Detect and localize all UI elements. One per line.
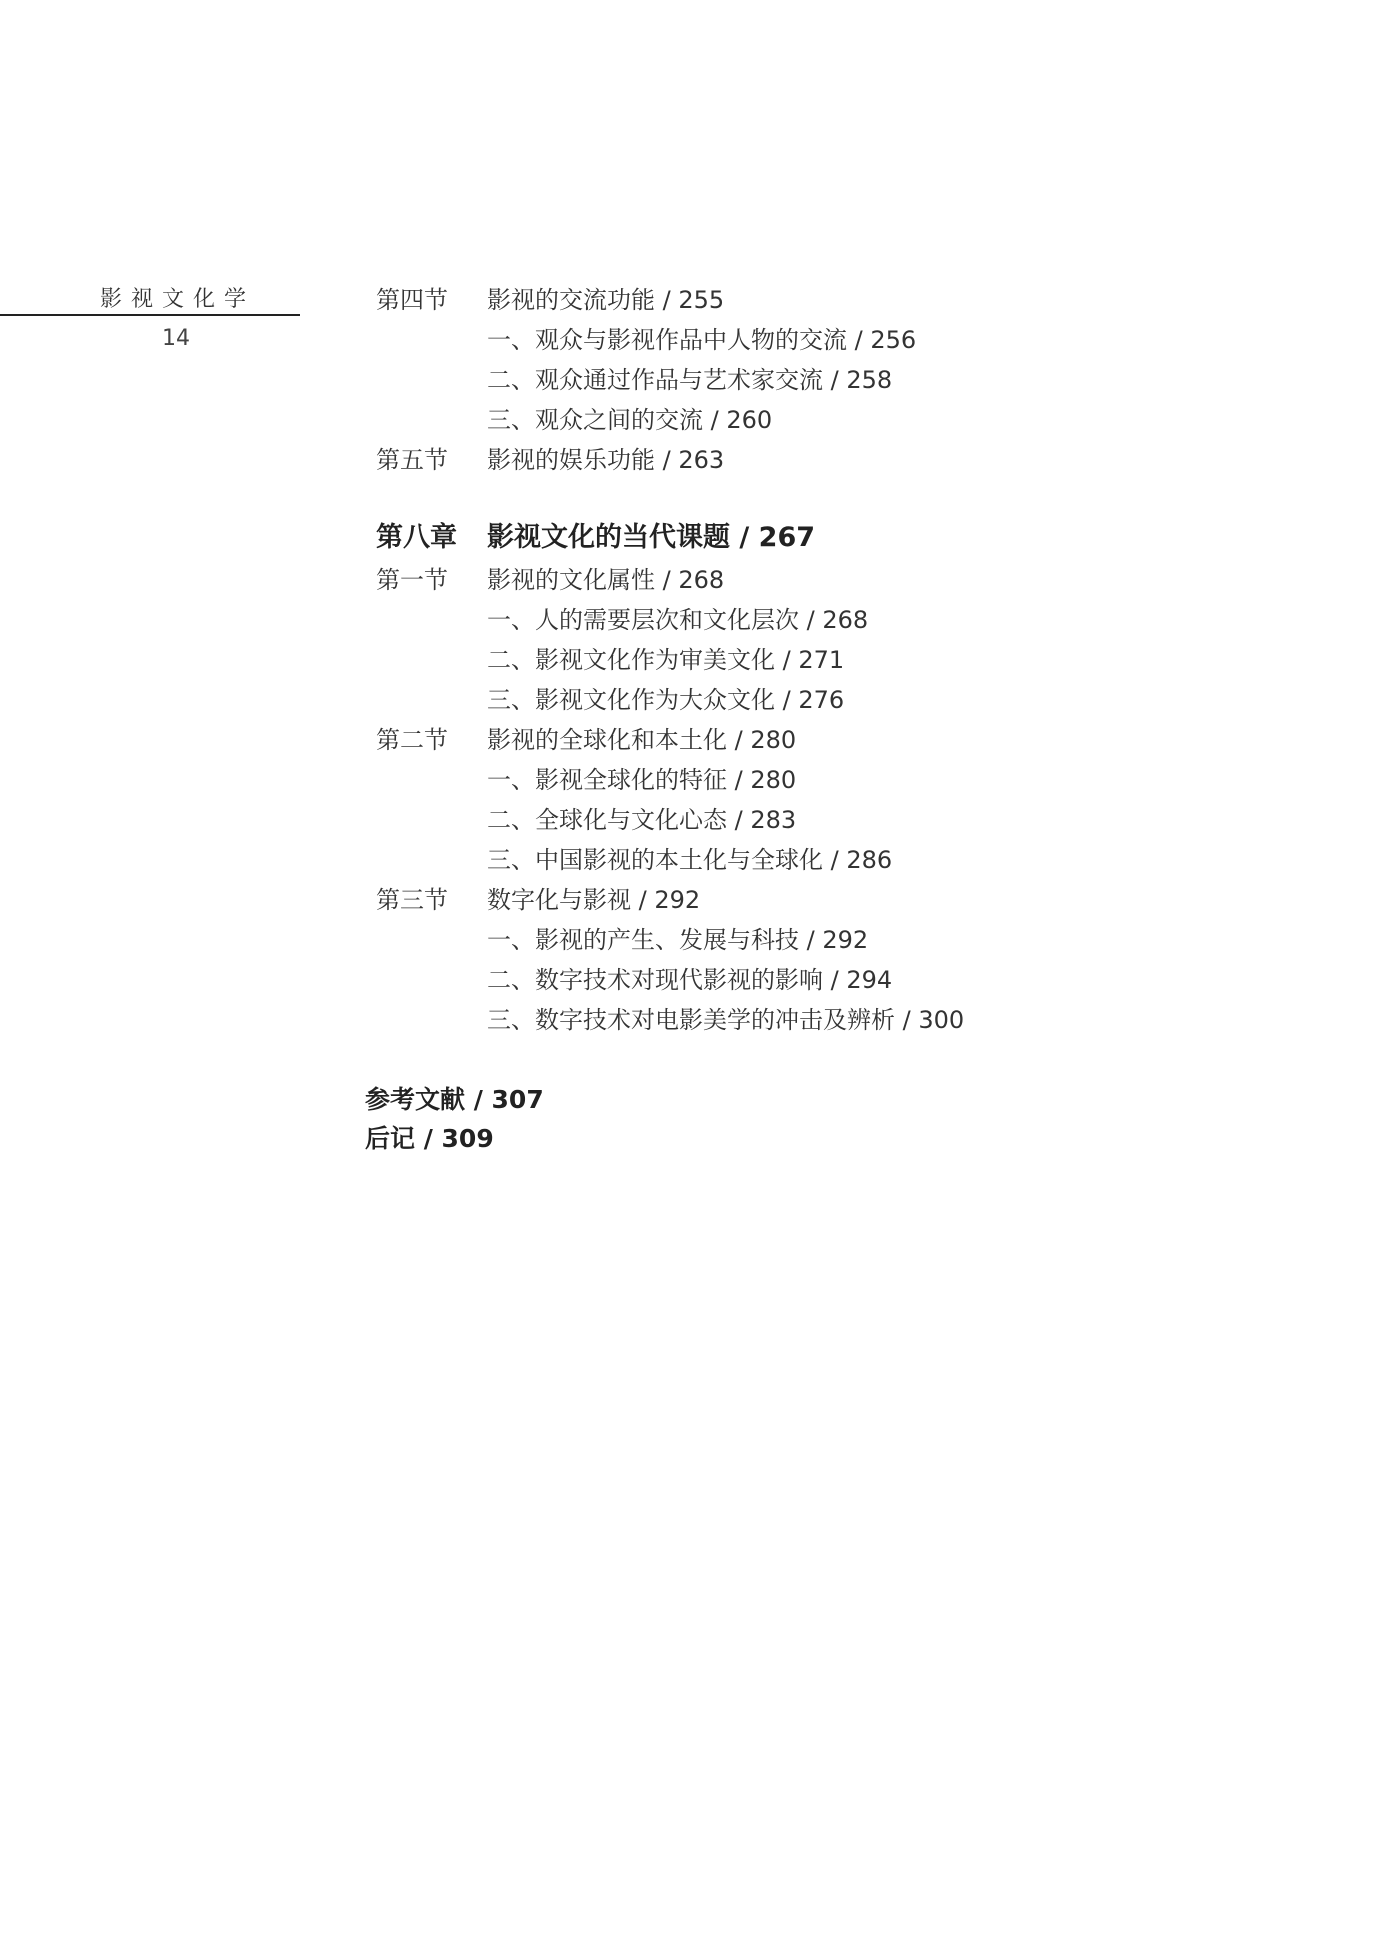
toc-item[interactable]: 三、数字技术对电影美学的冲击及辨析 / 300 [487,1005,964,1035]
page-number: 14 [162,326,190,351]
section-label: 第二节 [376,725,448,755]
toc-item[interactable]: 二、全球化与文化心态 / 283 [487,805,796,835]
section-title: 影视的娱乐功能 / 263 [487,445,724,475]
section-title: 影视的文化属性 / 268 [487,565,724,595]
toc-item[interactable]: 二、数字技术对现代影视的影响 / 294 [487,965,892,995]
toc-item[interactable]: 一、影视全球化的特征 / 280 [487,765,796,795]
toc-item[interactable]: 二、影视文化作为审美文化 / 271 [487,645,844,675]
toc-item[interactable]: 一、观众与影视作品中人物的交流 / 256 [487,325,916,355]
toc-item[interactable]: 三、观众之间的交流 / 260 [487,405,772,435]
toc-item[interactable]: 二、观众通过作品与艺术家交流 / 258 [487,365,892,395]
toc-afterword[interactable]: 后记 / 309 [365,1124,494,1154]
section-title: 数字化与影视 / 292 [487,885,700,915]
toc-item[interactable]: 一、人的需要层次和文化层次 / 268 [487,605,868,635]
toc-item[interactable]: 三、影视文化作为大众文化 / 276 [487,685,844,715]
toc-references[interactable]: 参考文献 / 307 [365,1085,544,1115]
section-label: 第三节 [376,885,448,915]
toc-item[interactable]: 三、中国影视的本土化与全球化 / 286 [487,845,892,875]
section-title: 影视的全球化和本土化 / 280 [487,725,796,755]
section-label: 第五节 [376,445,448,475]
section-title: 影视的交流功能 / 255 [487,285,724,315]
header-rule [0,314,300,316]
chapter-label: 第八章 [376,523,457,553]
toc-item[interactable]: 一、影视的产生、发展与科技 / 292 [487,925,868,955]
chapter-title: 影视文化的当代课题 / 267 [487,523,815,553]
section-label: 第四节 [376,285,448,315]
book-title: 影视文化学 [100,282,255,313]
section-label: 第一节 [376,565,448,595]
